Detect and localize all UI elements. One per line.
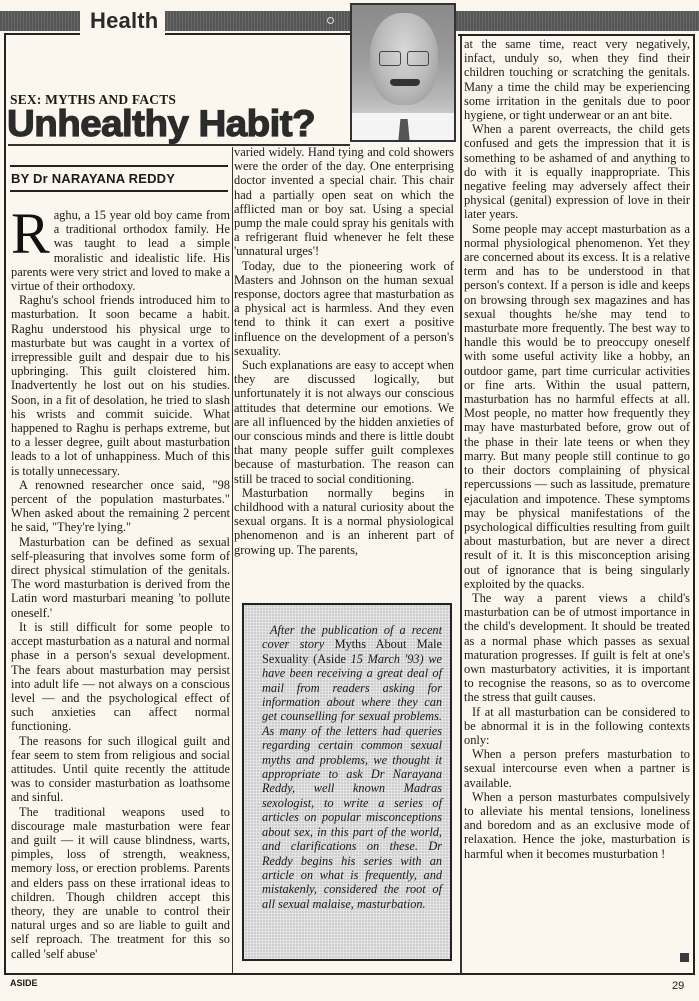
editor-note-text: After the publication of a recent cover … — [262, 623, 442, 911]
glasses-icon — [407, 51, 429, 66]
byline: BY Dr NARAYANA REDDY — [11, 171, 175, 186]
end-of-article-icon — [680, 953, 689, 962]
paragraph: It is still difficult for some people to… — [11, 620, 230, 734]
editor-note-box: After the publication of a recent cover … — [242, 603, 452, 961]
column-divider — [460, 36, 462, 974]
paragraph: Masturbation normally begins in childhoo… — [234, 486, 454, 557]
byline-rule — [10, 165, 228, 167]
frame-rule — [4, 33, 80, 35]
glasses-icon — [379, 51, 401, 66]
paragraph: The traditional weapons used to discoura… — [11, 805, 230, 961]
magazine-page: Health SEX: MYTHS AND FACTS Unhealthy Ha… — [0, 0, 699, 1001]
paragraph: Raghu's school friends introduced him to… — [11, 293, 230, 478]
paragraph: Masturbation can be defined as sexual se… — [11, 535, 230, 620]
paragraph: The reasons for such illogical guilt and… — [11, 734, 230, 805]
frame-rule — [693, 34, 695, 974]
paragraph: When a person prefers masturbation to se… — [464, 747, 690, 790]
note-text: ) we have been receiving a great deal of… — [262, 652, 442, 911]
paragraph: The way a parent views a child's masturb… — [464, 591, 690, 705]
page-title: Unhealthy Habit? — [7, 103, 315, 145]
paragraph: Some people may accept masturbation as a… — [464, 222, 690, 591]
article-column-3: at the same time, react very negatively,… — [464, 37, 690, 861]
paragraph: Today, due to the pioneering work of Mas… — [234, 259, 454, 358]
page-number: 29 — [672, 980, 684, 992]
section-label: Health — [90, 8, 158, 34]
byline-rule — [10, 190, 228, 192]
paragraph: When a person masturbates compulsively t… — [464, 790, 690, 861]
issue-date: 15 March '93 — [351, 652, 420, 666]
paragraph: Raghu, a 15 year old boy came from a tra… — [11, 208, 230, 293]
paragraph: When a parent overreacts, the child gets… — [464, 122, 690, 221]
mustache-shape — [390, 79, 420, 86]
paragraph: Such explanations are easy to accept whe… — [234, 358, 454, 486]
publication-name: ASIDE — [10, 978, 38, 988]
author-photo — [350, 3, 456, 142]
article-column-1: Raghu, a 15 year old boy came from a tra… — [11, 208, 230, 961]
paragraph: varied widely. Hand tying and cold showe… — [234, 145, 454, 259]
frame-rule — [4, 34, 6, 974]
frame-rule — [458, 34, 695, 36]
frame-rule — [165, 33, 350, 35]
column-divider — [232, 147, 233, 973]
banner-dot — [327, 17, 334, 24]
drop-cap: R — [11, 212, 50, 256]
article-column-2: varied widely. Hand tying and cold showe… — [234, 145, 454, 557]
frame-rule — [4, 973, 695, 975]
paragraph: If at all masturbation can be considered… — [464, 705, 690, 748]
section-banner-left — [0, 11, 80, 31]
paragraph: A renowned researcher once said, "98 per… — [11, 478, 230, 535]
paragraph: at the same time, react very negatively,… — [464, 37, 690, 122]
